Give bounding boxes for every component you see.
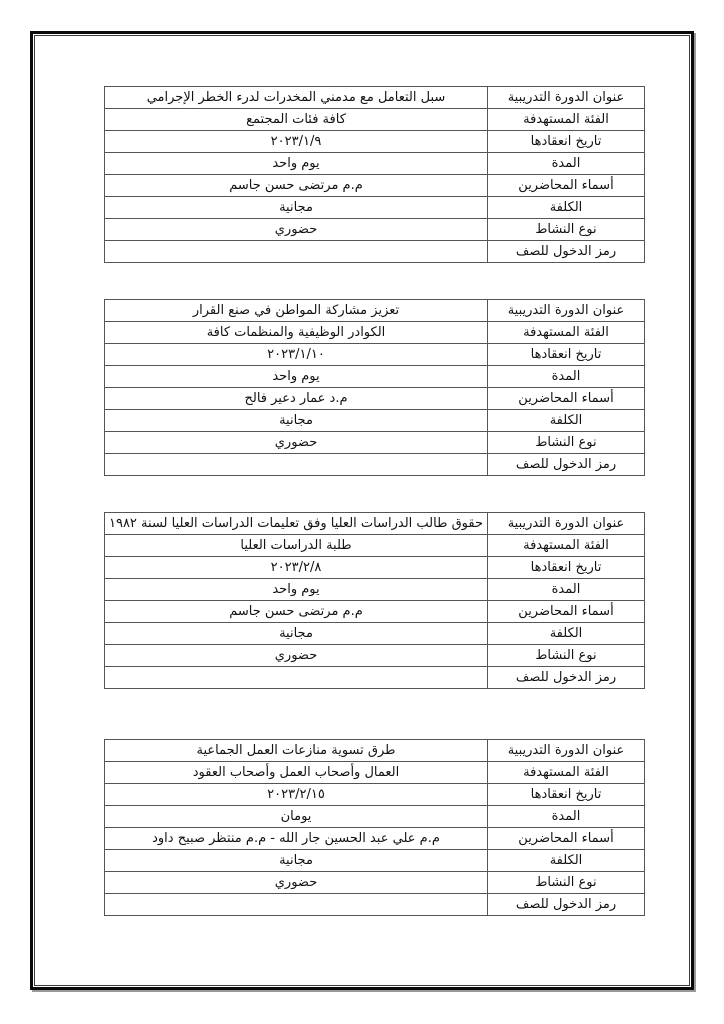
table-row: نوع النشاطحضوري <box>105 645 645 667</box>
table-row: المدةيوم واحد <box>105 579 645 601</box>
course-table-4: عنوان الدورة التدريبيةطرق تسوية منازعات … <box>104 739 645 916</box>
row-value-cell: كافة فئات المجتمع <box>105 109 488 131</box>
row-label-cell: عنوان الدورة التدريبية <box>488 87 645 109</box>
row-value-cell: مجانية <box>105 197 488 219</box>
table-row: عنوان الدورة التدريبيةحقوق طالب الدراسات… <box>105 513 645 535</box>
row-value-cell: حقوق طالب الدراسات العليا وفق تعليمات ال… <box>105 513 488 535</box>
course-table-3: عنوان الدورة التدريبيةحقوق طالب الدراسات… <box>104 512 645 689</box>
table-row: المدةيومان <box>105 806 645 828</box>
row-label-cell: عنوان الدورة التدريبية <box>488 513 645 535</box>
row-value-cell: مجانية <box>105 623 488 645</box>
table-row: المدةيوم واحد <box>105 366 645 388</box>
row-value-cell: م.د عمار دعير فالح <box>105 388 488 410</box>
row-label-cell: المدة <box>488 579 645 601</box>
row-value-cell: م.م مرتضى حسن جاسم <box>105 601 488 623</box>
row-value-cell: يوم واحد <box>105 153 488 175</box>
row-value-cell: مجانية <box>105 850 488 872</box>
table-row: تاريخ انعقادها٢٠٢٣/١/٩ <box>105 131 645 153</box>
table-row: أسماء المحاضرينم.م مرتضى حسن جاسم <box>105 175 645 197</box>
table-row: رمز الدخول للصف <box>105 241 645 263</box>
row-label-cell: رمز الدخول للصف <box>488 241 645 263</box>
row-value-cell: حضوري <box>105 872 488 894</box>
row-label-cell: الكلفة <box>488 410 645 432</box>
course-table-1: عنوان الدورة التدريبيةسبل التعامل مع مدم… <box>104 86 645 263</box>
table-row: نوع النشاطحضوري <box>105 219 645 241</box>
table-row: أسماء المحاضرينم.م مرتضى حسن جاسم <box>105 601 645 623</box>
table-row: نوع النشاطحضوري <box>105 872 645 894</box>
row-label-cell: رمز الدخول للصف <box>488 667 645 689</box>
row-value-cell: حضوري <box>105 219 488 241</box>
table-row: تاريخ انعقادها٢٠٢٣/٢/٨ <box>105 557 645 579</box>
table-row: تاريخ انعقادها٢٠٢٣/١/١٠ <box>105 344 645 366</box>
row-value-cell: ٢٠٢٣/٢/١٥ <box>105 784 488 806</box>
row-label-cell: عنوان الدورة التدريبية <box>488 300 645 322</box>
table-row: الفئة المستهدفةالعمال وأصحاب العمل وأصحا… <box>105 762 645 784</box>
row-label-cell: أسماء المحاضرين <box>488 388 645 410</box>
row-label-cell: نوع النشاط <box>488 432 645 454</box>
row-value-cell <box>105 894 488 916</box>
row-value-cell: ٢٠٢٣/١/١٠ <box>105 344 488 366</box>
row-label-cell: نوع النشاط <box>488 645 645 667</box>
row-value-cell <box>105 241 488 263</box>
row-value-cell: يومان <box>105 806 488 828</box>
row-value-cell: تعزيز مشاركة المواطن في صنع القرار <box>105 300 488 322</box>
row-label-cell: تاريخ انعقادها <box>488 784 645 806</box>
table-row: المدةيوم واحد <box>105 153 645 175</box>
row-value-cell: طلبة الدراسات العليا <box>105 535 488 557</box>
row-label-cell: الكلفة <box>488 850 645 872</box>
row-value-cell: م.م علي عبد الحسين جار الله - م.م منتظر … <box>105 828 488 850</box>
row-label-cell: أسماء المحاضرين <box>488 828 645 850</box>
row-label-cell: أسماء المحاضرين <box>488 601 645 623</box>
course-table-2: عنوان الدورة التدريبيةتعزيز مشاركة الموا… <box>104 299 645 476</box>
row-label-cell: الفئة المستهدفة <box>488 322 645 344</box>
table-row: تاريخ انعقادها٢٠٢٣/٢/١٥ <box>105 784 645 806</box>
table-row: الفئة المستهدفةكافة فئات المجتمع <box>105 109 645 131</box>
table-row: رمز الدخول للصف <box>105 667 645 689</box>
row-label-cell: المدة <box>488 153 645 175</box>
row-value-cell: حضوري <box>105 432 488 454</box>
row-label-cell: عنوان الدورة التدريبية <box>488 740 645 762</box>
row-label-cell: الكلفة <box>488 623 645 645</box>
table-row: نوع النشاطحضوري <box>105 432 645 454</box>
row-label-cell: الفئة المستهدفة <box>488 535 645 557</box>
row-value-cell: طرق تسوية منازعات العمل الجماعية <box>105 740 488 762</box>
row-value-cell: مجانية <box>105 410 488 432</box>
table-row: رمز الدخول للصف <box>105 454 645 476</box>
row-value-cell: سبل التعامل مع مدمني المخدرات لدرء الخطر… <box>105 87 488 109</box>
document-page: عنوان الدورة التدريبيةسبل التعامل مع مدم… <box>0 0 724 1024</box>
row-value-cell: يوم واحد <box>105 366 488 388</box>
row-label-cell: المدة <box>488 366 645 388</box>
table-row: الفئة المستهدفةطلبة الدراسات العليا <box>105 535 645 557</box>
row-value-cell: ٢٠٢٣/١/٩ <box>105 131 488 153</box>
row-label-cell: الفئة المستهدفة <box>488 762 645 784</box>
table-row: الفئة المستهدفةالكوادر الوظيفية والمنظما… <box>105 322 645 344</box>
table-row: عنوان الدورة التدريبيةتعزيز مشاركة الموا… <box>105 300 645 322</box>
row-value-cell: حضوري <box>105 645 488 667</box>
row-label-cell: نوع النشاط <box>488 219 645 241</box>
table-row: أسماء المحاضرينم.د عمار دعير فالح <box>105 388 645 410</box>
table-row: الكلفةمجانية <box>105 197 645 219</box>
row-value-cell: يوم واحد <box>105 579 488 601</box>
row-label-cell: رمز الدخول للصف <box>488 894 645 916</box>
row-label-cell: تاريخ انعقادها <box>488 344 645 366</box>
row-label-cell: الكلفة <box>488 197 645 219</box>
table-row: عنوان الدورة التدريبيةسبل التعامل مع مدم… <box>105 87 645 109</box>
row-label-cell: المدة <box>488 806 645 828</box>
row-label-cell: رمز الدخول للصف <box>488 454 645 476</box>
table-row: الكلفةمجانية <box>105 623 645 645</box>
table-row: أسماء المحاضرينم.م علي عبد الحسين جار ال… <box>105 828 645 850</box>
row-value-cell: م.م مرتضى حسن جاسم <box>105 175 488 197</box>
row-label-cell: الفئة المستهدفة <box>488 109 645 131</box>
row-label-cell: أسماء المحاضرين <box>488 175 645 197</box>
row-value-cell: الكوادر الوظيفية والمنظمات كافة <box>105 322 488 344</box>
row-value-cell: العمال وأصحاب العمل وأصحاب العقود <box>105 762 488 784</box>
row-label-cell: نوع النشاط <box>488 872 645 894</box>
row-label-cell: تاريخ انعقادها <box>488 557 645 579</box>
table-row: رمز الدخول للصف <box>105 894 645 916</box>
row-value-cell <box>105 454 488 476</box>
row-value-cell: ٢٠٢٣/٢/٨ <box>105 557 488 579</box>
row-label-cell: تاريخ انعقادها <box>488 131 645 153</box>
row-value-cell <box>105 667 488 689</box>
table-row: الكلفةمجانية <box>105 410 645 432</box>
table-row: الكلفةمجانية <box>105 850 645 872</box>
table-row: عنوان الدورة التدريبيةطرق تسوية منازعات … <box>105 740 645 762</box>
